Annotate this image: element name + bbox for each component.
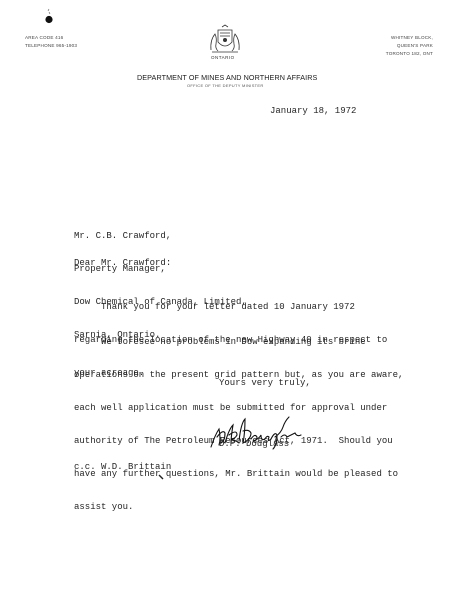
letterhead-right: WHITNEY BLOCK, QUEEN'S PARK TORONTO 182,… — [386, 34, 433, 58]
office-subtitle: OFFICE OF THE DEPUTY MINISTER — [187, 83, 264, 88]
crest-label: ONTARIO — [211, 55, 235, 60]
address-line-3: TORONTO 182, ONT — [386, 50, 433, 58]
paragraph-line: each well application must be submitted … — [74, 403, 403, 414]
recipient-line: Mr. C.B. Crawford, — [74, 231, 247, 242]
paragraph-line: We foresee no problems in Dow expanding … — [74, 337, 403, 348]
address-line-2: QUEEN'S PARK — [386, 42, 433, 50]
letterhead-left: AREA CODE 416 TELEPHONE 965-1903 — [25, 34, 77, 50]
paragraph-line: assist you. — [74, 502, 403, 513]
corner-mark-icon — [44, 8, 54, 24]
department-title: DEPARTMENT OF MINES AND NORTHERN AFFAIRS — [137, 73, 317, 82]
check-mark-icon — [158, 467, 166, 473]
signatory-name: D.P. Douglass — [219, 439, 289, 450]
telephone: TELEPHONE 965-1903 — [25, 42, 77, 50]
area-code: AREA CODE 416 — [25, 34, 77, 42]
carbon-copy: c.c. W.D. Brittain — [74, 462, 171, 473]
paragraph-line: Thank you for your letter dated 10 Janua… — [74, 302, 387, 313]
salutation: Dear Mr. Crawford: — [74, 258, 171, 269]
closing: Yours very truly, — [219, 378, 311, 389]
ontario-crest-icon — [207, 24, 243, 54]
letter-date: January 18, 1972 — [270, 106, 356, 117]
address-line-1: WHITNEY BLOCK, — [386, 34, 433, 42]
